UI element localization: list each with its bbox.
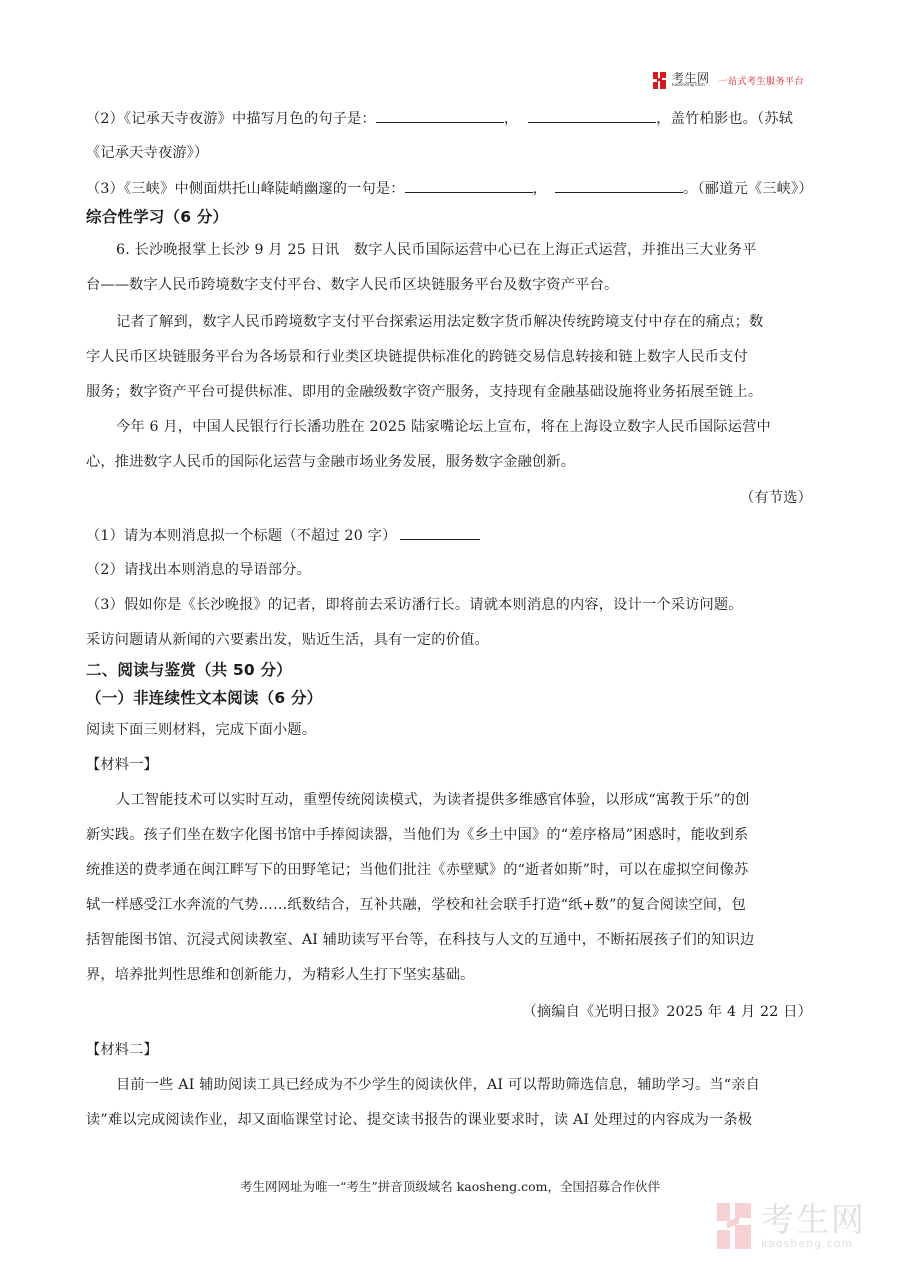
poetry-question-3: （3）《三峡》中侧面烘托山峰陡峭幽邃的一句是：，。（郦道元《三峡》） bbox=[86, 178, 820, 199]
news-paragraph-1-cont: 台——数字人民币跨境数字支付平台、数字人民币区块链服务平台及数字资产平台。 bbox=[86, 275, 820, 295]
sub-question-3-note: 采访问题请从新闻的六要素出发，贴近生活，具有一定的价值。 bbox=[86, 630, 820, 650]
sub-question-1: （1）请为本则消息拟一个标题（不超过 20 字） bbox=[86, 525, 820, 546]
material-2-line: 目前一些 AI 辅助阅读工具已经成为不少学生的阅读伙伴，AI 可以帮助筛选信息，… bbox=[116, 1075, 820, 1095]
news-paragraph-3-cont: 心，推进数字人民币的国际化运营与金融市场业务发展，服务数字金融创新。 bbox=[86, 452, 820, 472]
kaosheng-logo-icon bbox=[653, 72, 667, 89]
answer-blank bbox=[405, 178, 533, 193]
poetry-question-2-cont: 《记承天寺夜游》） bbox=[86, 143, 820, 163]
news-paragraph-3: 今年 6 月，中国人民银行行长潘功胜在 2025 陆家嘴论坛上宣布，将在上海设立… bbox=[116, 417, 820, 437]
material-1-line: 新实践。孩子们坐在数字化图书馆中手捧阅读器，当他们为《乡土中国》的“差序格局”困… bbox=[86, 825, 820, 845]
header-logo: 考生网 kaosheng.com 一站式考生服务平台 bbox=[653, 72, 804, 89]
material-1-label: 【材料一】 bbox=[86, 755, 820, 775]
answer-blank bbox=[376, 108, 504, 123]
watermark-domain: kaosheng.com bbox=[761, 1238, 866, 1249]
answer-blank bbox=[528, 108, 656, 123]
sub-question-2: （2）请找出本则消息的导语部分。 bbox=[86, 560, 820, 580]
material-1-line: 括智能图书馆、沉浸式阅读教室、AI 辅助读写平台等，在科技与人文的互通中，不断拓… bbox=[86, 930, 820, 950]
question-text: （2）《记承天寺夜游》中描写月色的句子是： bbox=[86, 111, 376, 127]
separator: ， bbox=[504, 111, 518, 127]
kaosheng-watermark-icon bbox=[717, 1203, 753, 1249]
news-paragraph-1: 6. 长沙晚报掌上长沙 9 月 25 日讯 数字人民币国际运营中心已在上海正式运… bbox=[116, 240, 820, 260]
news-source-note: （有节选） bbox=[86, 488, 812, 508]
question-text: （1）请为本则消息拟一个标题（不超过 20 字） bbox=[86, 528, 396, 544]
material-1-line: 轼一样感受江水奔流的气势……纸数结合，互补共融，学校和社会联手打造“纸+数”的复… bbox=[86, 895, 820, 915]
material-1-source: （摘编自《光明日报》2025 年 4 月 22 日） bbox=[86, 1002, 812, 1022]
material-1-line: 统推送的费孝通在闽江畔写下的田野笔记；当他们批注《赤壁赋》的“逝者如斯”时，可以… bbox=[86, 860, 820, 880]
material-2-label: 【材料二】 bbox=[86, 1040, 820, 1060]
watermark-name: 考生网 bbox=[761, 1203, 866, 1236]
material-1-line: 界，培养批判性思维和创新能力，为精彩人生打下坚实基础。 bbox=[86, 965, 820, 985]
logo-slogan: 一站式考生服务平台 bbox=[719, 74, 805, 87]
reading-instruction: 阅读下面三则材料，完成下面小题。 bbox=[86, 720, 820, 740]
news-paragraph-2: 记者了解到，数字人民币跨境数字支付平台探索运用法定数字货币解决传统跨境支付中存在… bbox=[116, 312, 820, 332]
question-text: （3）《三峡》中侧面烘托山峰陡峭幽邃的一句是： bbox=[86, 181, 405, 197]
question-text: 。（郦道元《三峡》） bbox=[683, 181, 813, 197]
material-1-line: 人工智能技术可以实时互动，重塑传统阅读模式，为读者提供多维感官体验，以形成“寓教… bbox=[116, 790, 820, 810]
watermark-logo: 考生网 kaosheng.com bbox=[717, 1203, 866, 1249]
question-text: ，盖竹柏影也。（苏轼 bbox=[656, 111, 793, 127]
section-heading-reading: 二、阅读与鉴赏（共 50 分） bbox=[86, 660, 820, 680]
logo-domain: kaosheng.com bbox=[672, 84, 710, 89]
news-paragraph-2-cont: 服务；数字资产平台可提供标准、即用的金融级数字资产服务，支持现有金融基础设施将业… bbox=[86, 382, 820, 402]
sub-question-3: （3）假如你是《长沙晚报》的记者，即将前去采访潘行长。请就本则消息的内容，设计一… bbox=[86, 595, 820, 615]
material-2-line: 读”难以完成阅读作业，却又面临课堂讨论、提交读书报告的课业要求时，读 AI 处理… bbox=[86, 1110, 820, 1130]
answer-blank bbox=[400, 525, 480, 540]
answer-blank bbox=[555, 178, 683, 193]
poetry-question-2: （2）《记承天寺夜游》中描写月色的句子是：，，盖竹柏影也。（苏轼 bbox=[86, 108, 820, 129]
exam-page: 考生网 kaosheng.com 一站式考生服务平台 （2）《记承天寺夜游》中描… bbox=[0, 0, 900, 1272]
section-heading-integrated: 综合性学习（6 分） bbox=[86, 207, 820, 227]
separator: ， bbox=[533, 181, 547, 197]
footer-text: 考生网网址为唯一“考生”拼音顶级域名 kaosheng.com，全国招募合作伙伴 bbox=[0, 1177, 900, 1195]
news-paragraph-2-cont: 字人民币区块链服务平台为各场景和行业类区块链提供标准化的跨链交易信息转接和链上数… bbox=[86, 347, 820, 367]
subsection-heading: （一）非连续性文本阅读（6 分） bbox=[86, 688, 820, 708]
